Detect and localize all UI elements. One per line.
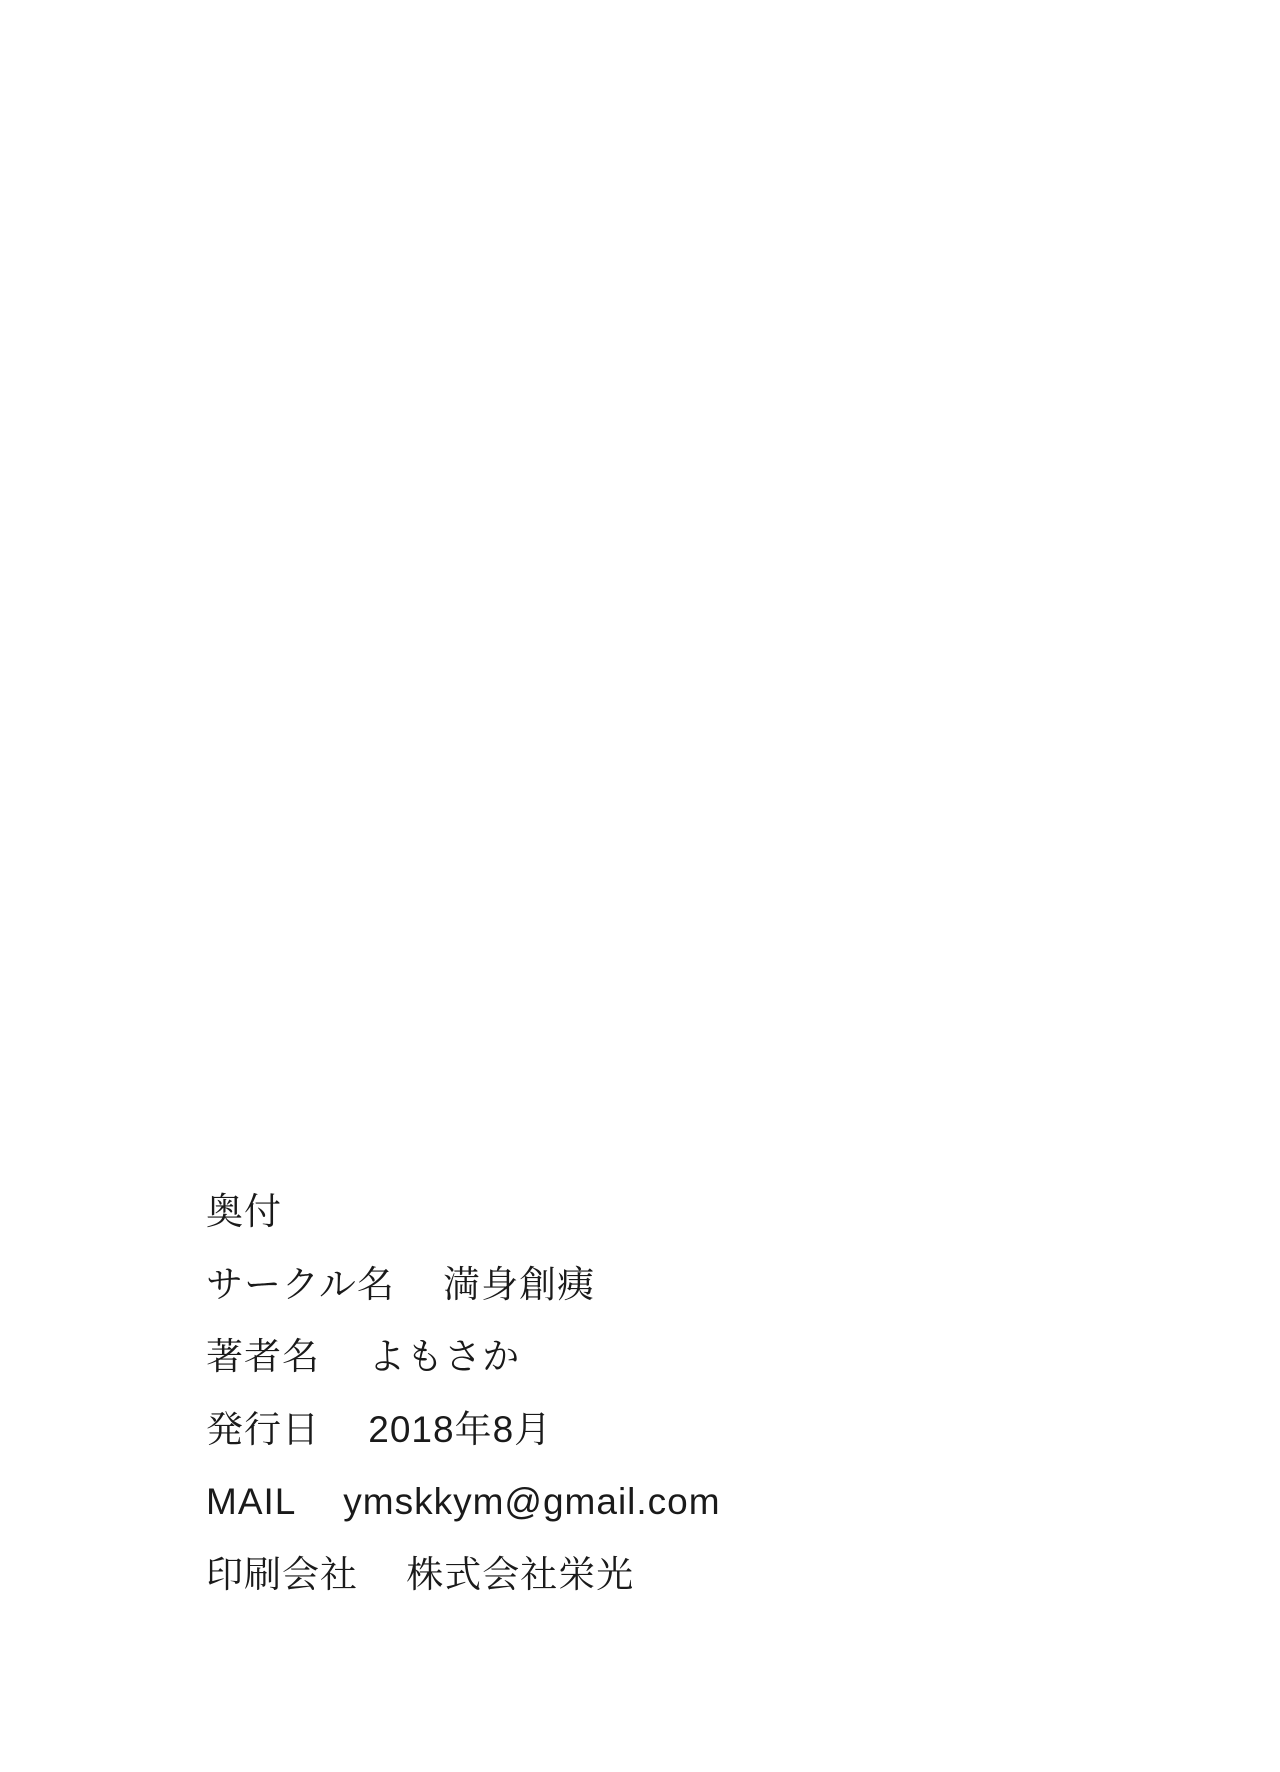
circle-name-value: 満身創痍 <box>443 1264 595 1305</box>
mail-label: MAIL <box>206 1481 295 1522</box>
colophon-block: 奥付 サークル名 満身創痍 著者名 よもさか 発行日 2018年8月 MAIL … <box>206 1176 721 1611</box>
colophon-entry-mail: MAIL ymskkym@gmail.com <box>206 1466 721 1539</box>
colophon-heading-text: 奥付 <box>206 1191 282 1232</box>
publication-date-label: 発行日 <box>206 1409 320 1450</box>
colophon-heading: 奥付 <box>206 1176 721 1249</box>
colophon-entry-printing-company: 印刷会社 株式会社栄光 <box>206 1539 721 1612</box>
colophon-page: 奥付 サークル名 満身創痍 著者名 よもさか 発行日 2018年8月 MAIL … <box>0 0 1280 1772</box>
colophon-entry-author-name: 著者名 よもさか <box>206 1321 721 1394</box>
circle-name-label: サークル名 <box>206 1264 395 1305</box>
colophon-entry-publication-date: 発行日 2018年8月 <box>206 1394 721 1467</box>
author-name-value: よもさか <box>368 1336 520 1377</box>
publication-date-value: 2018年8月 <box>368 1409 552 1450</box>
printing-company-value: 株式会社栄光 <box>406 1554 634 1595</box>
colophon-entry-circle-name: サークル名 満身創痍 <box>206 1249 721 1322</box>
printing-company-label: 印刷会社 <box>206 1554 358 1595</box>
author-name-label: 著者名 <box>206 1336 320 1377</box>
mail-address-value: ymskkym@gmail.com <box>343 1481 720 1522</box>
